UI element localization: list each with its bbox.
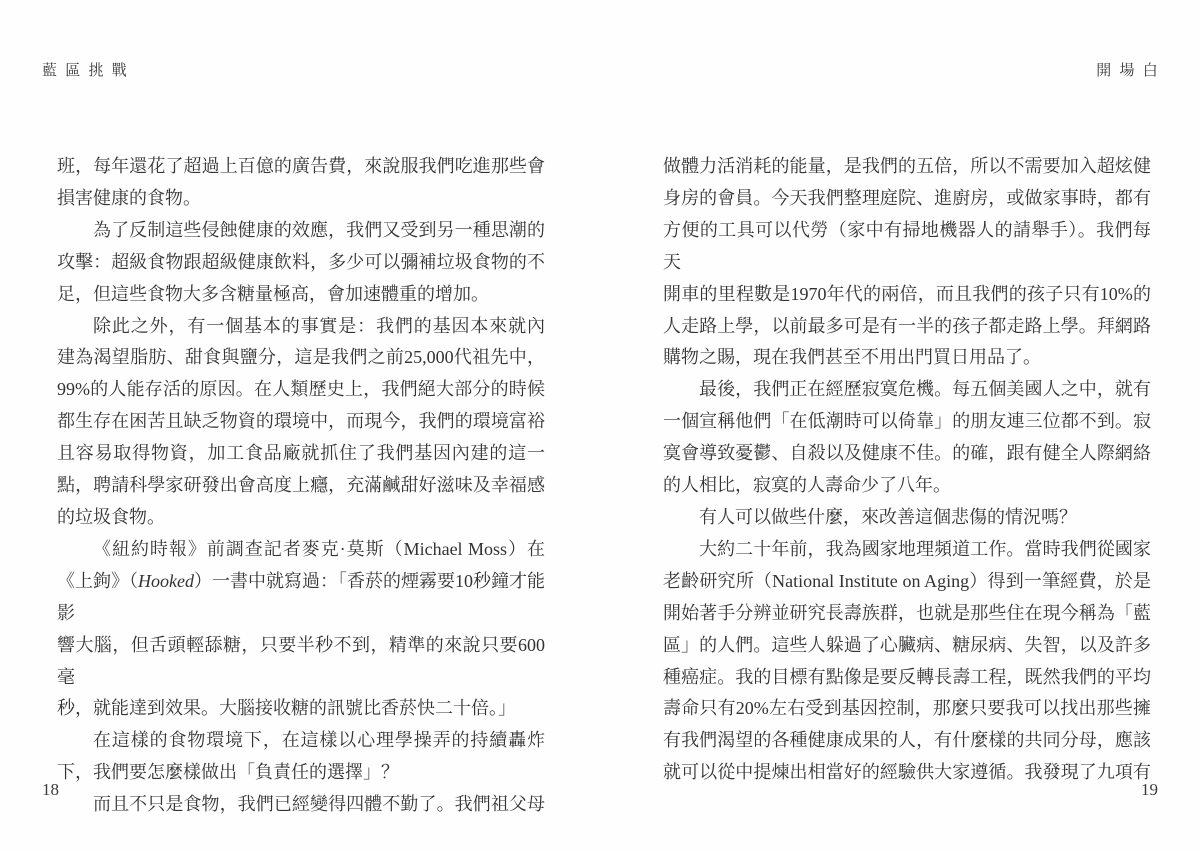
text-line: 的人相比，寂寞的人壽命少了八年。 xyxy=(663,470,1151,502)
text-line: 購物之賜，現在我們甚至不用出門買日用品了。 xyxy=(663,342,1151,374)
text-line: 足，但這些食物大多含糖量極高，會加速體重的增加。 xyxy=(57,279,545,311)
text-line: 有我們渴望的各種健康成果的人，有什麼樣的共同分母，應該 xyxy=(663,725,1151,757)
left-running-header: 藍區挑戰 xyxy=(42,59,135,80)
text-line: 方便的工具可以代勞（家中有掃地機器人的請舉手）。我們每天 xyxy=(663,215,1151,279)
left-page-number: 18 xyxy=(42,780,59,800)
text-line: 人走路上學，以前最多可是有一半的孩子都走路上學。拜網路 xyxy=(663,311,1151,343)
text-line: 大約二十年前，我為國家地理頻道工作。當時我們從國家 xyxy=(663,534,1151,566)
left-page-text: 班，每年還花了超過上百億的廣告費，來說服我們吃進那些會損害健康的食物。為了反制這… xyxy=(57,151,545,821)
text-line: 為了反制這些侵蝕健康的效應，我們又受到另一種思潮的 xyxy=(57,215,545,247)
text-line: 有人可以做些什麼，來改善這個悲傷的情況嗎？ xyxy=(663,502,1151,534)
text-line: 身房的會員。今天我們整理庭院、進廚房，或做家事時，都有 xyxy=(663,183,1151,215)
right-page-text: 做體力活消耗的能量，是我們的五倍，所以不需要加入超炫健身房的會員。今天我們整理庭… xyxy=(663,151,1151,789)
text-line: 《紐約時報》前調查記者麥克·莫斯（Michael Moss）在 xyxy=(57,534,545,566)
right-running-header: 開場白 xyxy=(1096,59,1166,80)
text-line: 《上鉤》（Hooked）一書中就寫過：「香菸的煙霧要10秒鐘才能影 xyxy=(57,566,545,630)
right-page-number: 19 xyxy=(1141,780,1158,800)
text-line: 攻擊：超級食物跟超級健康飲料，多少可以彌補垃圾食物的不 xyxy=(57,247,545,279)
text-line: 秒，就能達到效果。大腦接收糖的訊號比香菸快二十倍。」 xyxy=(57,693,545,725)
text-line: 老齡研究所（National Institute on Aging）得到一筆經費… xyxy=(663,566,1151,598)
text-line: 一個宣稱他們「在低潮時可以倚靠」的朋友連三位都不到。寂 xyxy=(663,406,1151,438)
text-line: 在這樣的食物環境下，在這樣以心理學操弄的持續轟炸 xyxy=(57,725,545,757)
text-line: 開車的里程數是1970年代的兩倍，而且我們的孩子只有10%的 xyxy=(663,279,1151,311)
text-line: 班，每年還花了超過上百億的廣告費，來說服我們吃進那些會 xyxy=(57,151,545,183)
text-line: 寞會導致憂鬱、自殺以及健康不佳。的確，跟有健全人際網絡 xyxy=(663,438,1151,470)
text-line: 最後，我們正在經歷寂寞危機。每五個美國人之中，就有 xyxy=(663,374,1151,406)
text-line: 響大腦，但舌頭輕舔糖，只要半秒不到，精準的來說只要600毫 xyxy=(57,630,545,694)
text-line: 壽命只有20%左右受到基因控制，那麼只要我可以找出那些擁 xyxy=(663,693,1151,725)
text-line: 開始著手分辨並研究長壽族群，也就是那些住在現今稱為「藍 xyxy=(663,598,1151,630)
text-line: 做體力活消耗的能量，是我們的五倍，所以不需要加入超炫健 xyxy=(663,151,1151,183)
text-line: 都生存在困苦且缺乏物資的環境中，而現今，我們的環境富裕 xyxy=(57,406,545,438)
text-line: 的垃圾食物。 xyxy=(57,502,545,534)
book-spread: 藍區挑戰 班，每年還花了超過上百億的廣告費，來說服我們吃進那些會損害健康的食物。… xyxy=(0,0,1200,851)
text-line: 99%的人能存活的原因。在人類歷史上，我們絕大部分的時候 xyxy=(57,374,545,406)
text-line: 建為渴望脂肪、甜食與鹽分，這是我們之前25,000代祖先中， xyxy=(57,342,545,374)
text-line: 區」的人們。這些人躲過了心臟病、糖尿病、失智，以及許多 xyxy=(663,630,1151,662)
text-line: 下，我們要怎麼樣做出「負責任的選擇」？ xyxy=(57,757,545,789)
text-line: 損害健康的食物。 xyxy=(57,183,545,215)
text-line: 除此之外，有一個基本的事實是：我們的基因本來就內 xyxy=(57,311,545,343)
text-line: 點，聘請科學家研發出會高度上癮，充滿鹹甜好滋味及幸福感 xyxy=(57,470,545,502)
text-line: 種癌症。我的目標有點像是要反轉長壽工程，既然我們的平均 xyxy=(663,662,1151,694)
text-line: 就可以從中提煉出相當好的經驗供大家遵循。我發現了九項有 xyxy=(663,757,1151,789)
text-line: 而且不只是食物，我們已經變得四體不勤了。我們祖父母 xyxy=(57,789,545,821)
text-line: 且容易取得物資，加工食品廠就抓住了我們基因內建的這一 xyxy=(57,438,545,470)
